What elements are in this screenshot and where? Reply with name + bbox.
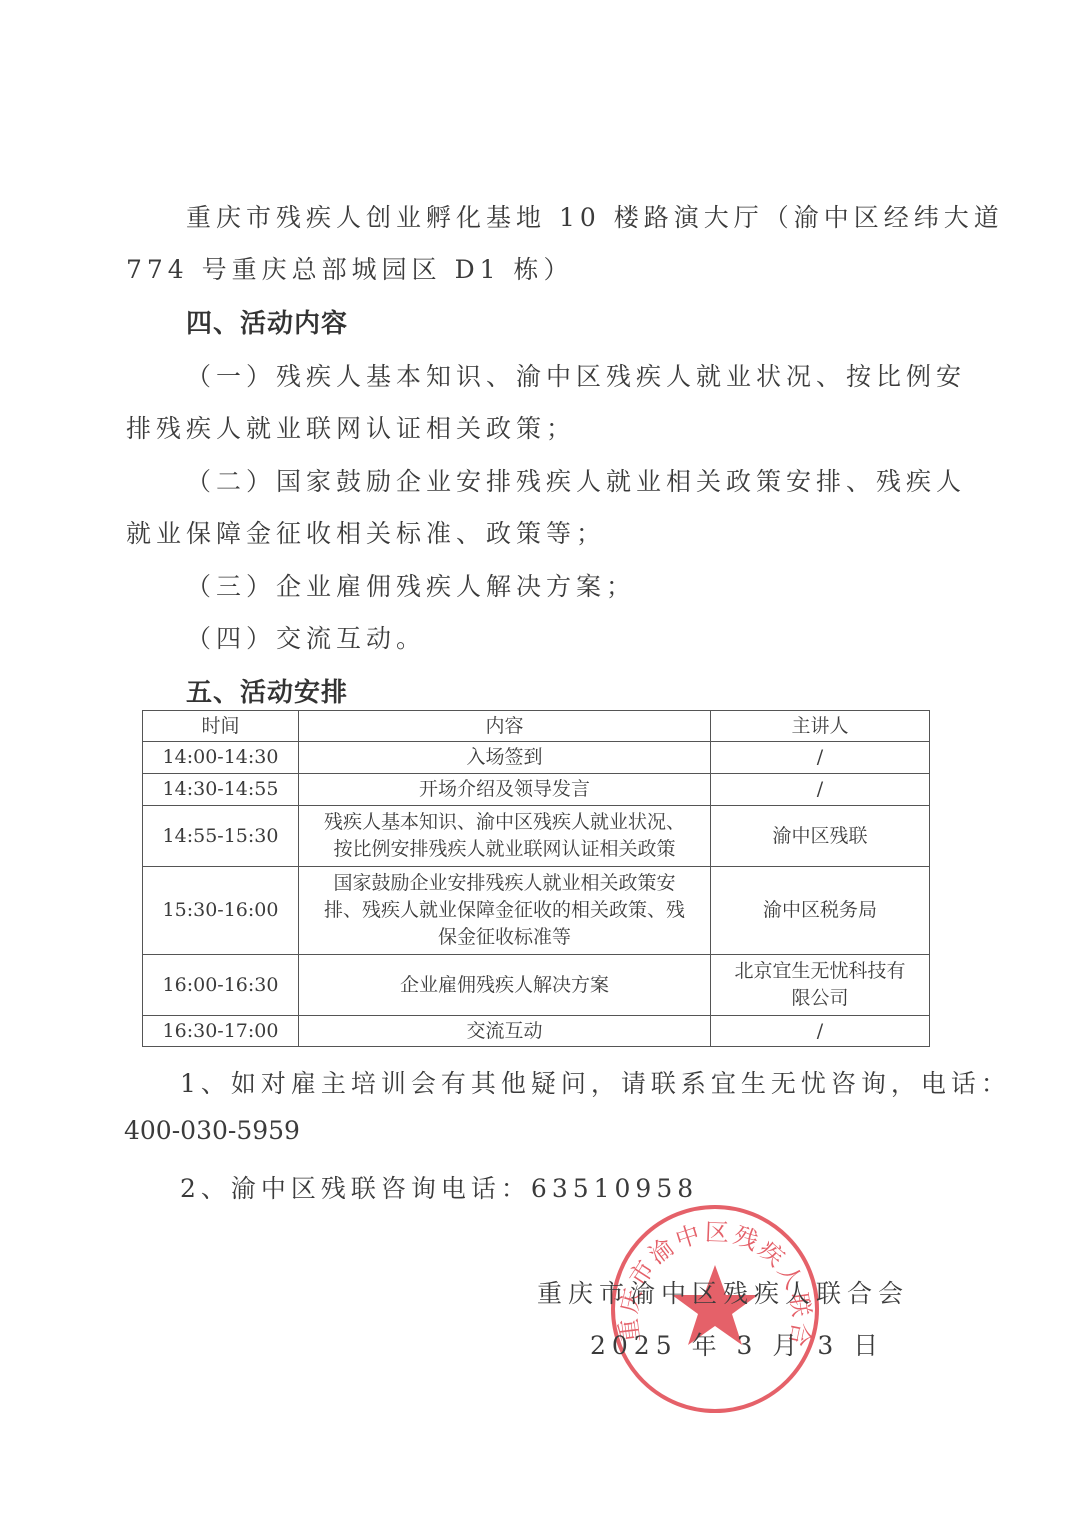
row-speaker: / — [711, 774, 930, 806]
row-speaker: 北京宜生无忧科技有 限公司 — [711, 955, 930, 1016]
row-speaker: 渝中区残联 — [711, 806, 930, 867]
header-speaker: 主讲人 — [711, 711, 930, 742]
row-time: 14:30-14:55 — [143, 774, 299, 806]
speaker-line: 限公司 — [713, 985, 927, 1012]
note-1-line-2: 400-030-5959 — [124, 1116, 300, 1145]
row-time: 14:00-14:30 — [143, 742, 299, 774]
note-1-line-1: 1、如对雇主培训会有其他疑问，请联系宜生无忧咨询，电话： — [180, 1064, 1011, 1100]
content-item-1-line-1: （一）残疾人基本知识、渝中区残疾人就业状况、按比例安 — [186, 357, 966, 393]
row-speaker: / — [711, 1016, 930, 1047]
content-item-1-line-2: 排残疾人就业联网认证相关政策； — [126, 409, 576, 445]
venue-line-2: 774 号重庆总部城园区 D1 栋） — [126, 250, 574, 286]
content-item-2-line-2: 就业保障金征收相关标准、政策等； — [126, 514, 606, 550]
table-row: 16:00-16:30 企业雇佣残疾人解决方案 北京宜生无忧科技有 限公司 — [143, 955, 930, 1016]
content-item-3: （三）企业雇佣残疾人解决方案； — [186, 567, 636, 603]
table-row: 14:55-15:30 残疾人基本知识、渝中区残疾人就业状况、 按比例安排残疾人… — [143, 806, 930, 867]
row-speaker: / — [711, 742, 930, 774]
header-content: 内容 — [299, 711, 711, 742]
row-speaker: 渝中区税务局 — [711, 867, 930, 955]
note-2: 2、渝中区残联咨询电话：63510958 — [180, 1169, 698, 1205]
table-header-row: 时间 内容 主讲人 — [143, 711, 930, 742]
content-line: 按比例安排残疾人就业联网认证相关政策 — [301, 836, 708, 863]
row-time: 14:55-15:30 — [143, 806, 299, 867]
content-line: 保金征收标准等 — [301, 924, 708, 951]
table-row: 14:00-14:30 入场签到 / — [143, 742, 930, 774]
signature-date: 2025 年 3 月 3 日 — [590, 1326, 884, 1362]
table-row: 16:30-17:00 交流互动 / — [143, 1016, 930, 1047]
table-row: 14:30-14:55 开场介绍及领导发言 / — [143, 774, 930, 806]
row-time: 15:30-16:00 — [143, 867, 299, 955]
venue-line-1: 重庆市残疾人创业孵化基地 10 楼路演大厅（渝中区经纬大道 — [186, 198, 1004, 234]
content-item-4: （四）交流互动。 — [186, 619, 426, 655]
content-line: 国家鼓励企业安排残疾人就业相关政策安 — [301, 870, 708, 897]
row-content: 残疾人基本知识、渝中区残疾人就业状况、 按比例安排残疾人就业联网认证相关政策 — [299, 806, 711, 867]
row-content: 交流互动 — [299, 1016, 711, 1047]
row-content: 开场介绍及领导发言 — [299, 774, 711, 806]
row-time: 16:30-17:00 — [143, 1016, 299, 1047]
row-content: 国家鼓励企业安排残疾人就业相关政策安 排、残疾人就业保障金征收的相关政策、残 保… — [299, 867, 711, 955]
content-line: 排、残疾人就业保障金征收的相关政策、残 — [301, 897, 708, 924]
table-row: 15:30-16:00 国家鼓励企业安排残疾人就业相关政策安 排、残疾人就业保障… — [143, 867, 930, 955]
section-4-heading: 四、活动内容 — [186, 303, 348, 340]
row-content: 入场签到 — [299, 742, 711, 774]
header-time: 时间 — [143, 711, 299, 742]
row-content: 企业雇佣残疾人解决方案 — [299, 955, 711, 1016]
row-time: 16:00-16:30 — [143, 955, 299, 1016]
content-item-2-line-1: （二）国家鼓励企业安排残疾人就业相关政策安排、残疾人 — [186, 462, 966, 498]
signature-org: 重庆市渝中区残疾人联合会 — [537, 1274, 909, 1310]
schedule-table: 时间 内容 主讲人 14:00-14:30 入场签到 / 14:30-14:55… — [142, 710, 930, 1047]
content-line: 残疾人基本知识、渝中区残疾人就业状况、 — [301, 809, 708, 836]
speaker-line: 北京宜生无忧科技有 — [713, 958, 927, 985]
section-5-heading: 五、活动安排 — [186, 672, 348, 709]
